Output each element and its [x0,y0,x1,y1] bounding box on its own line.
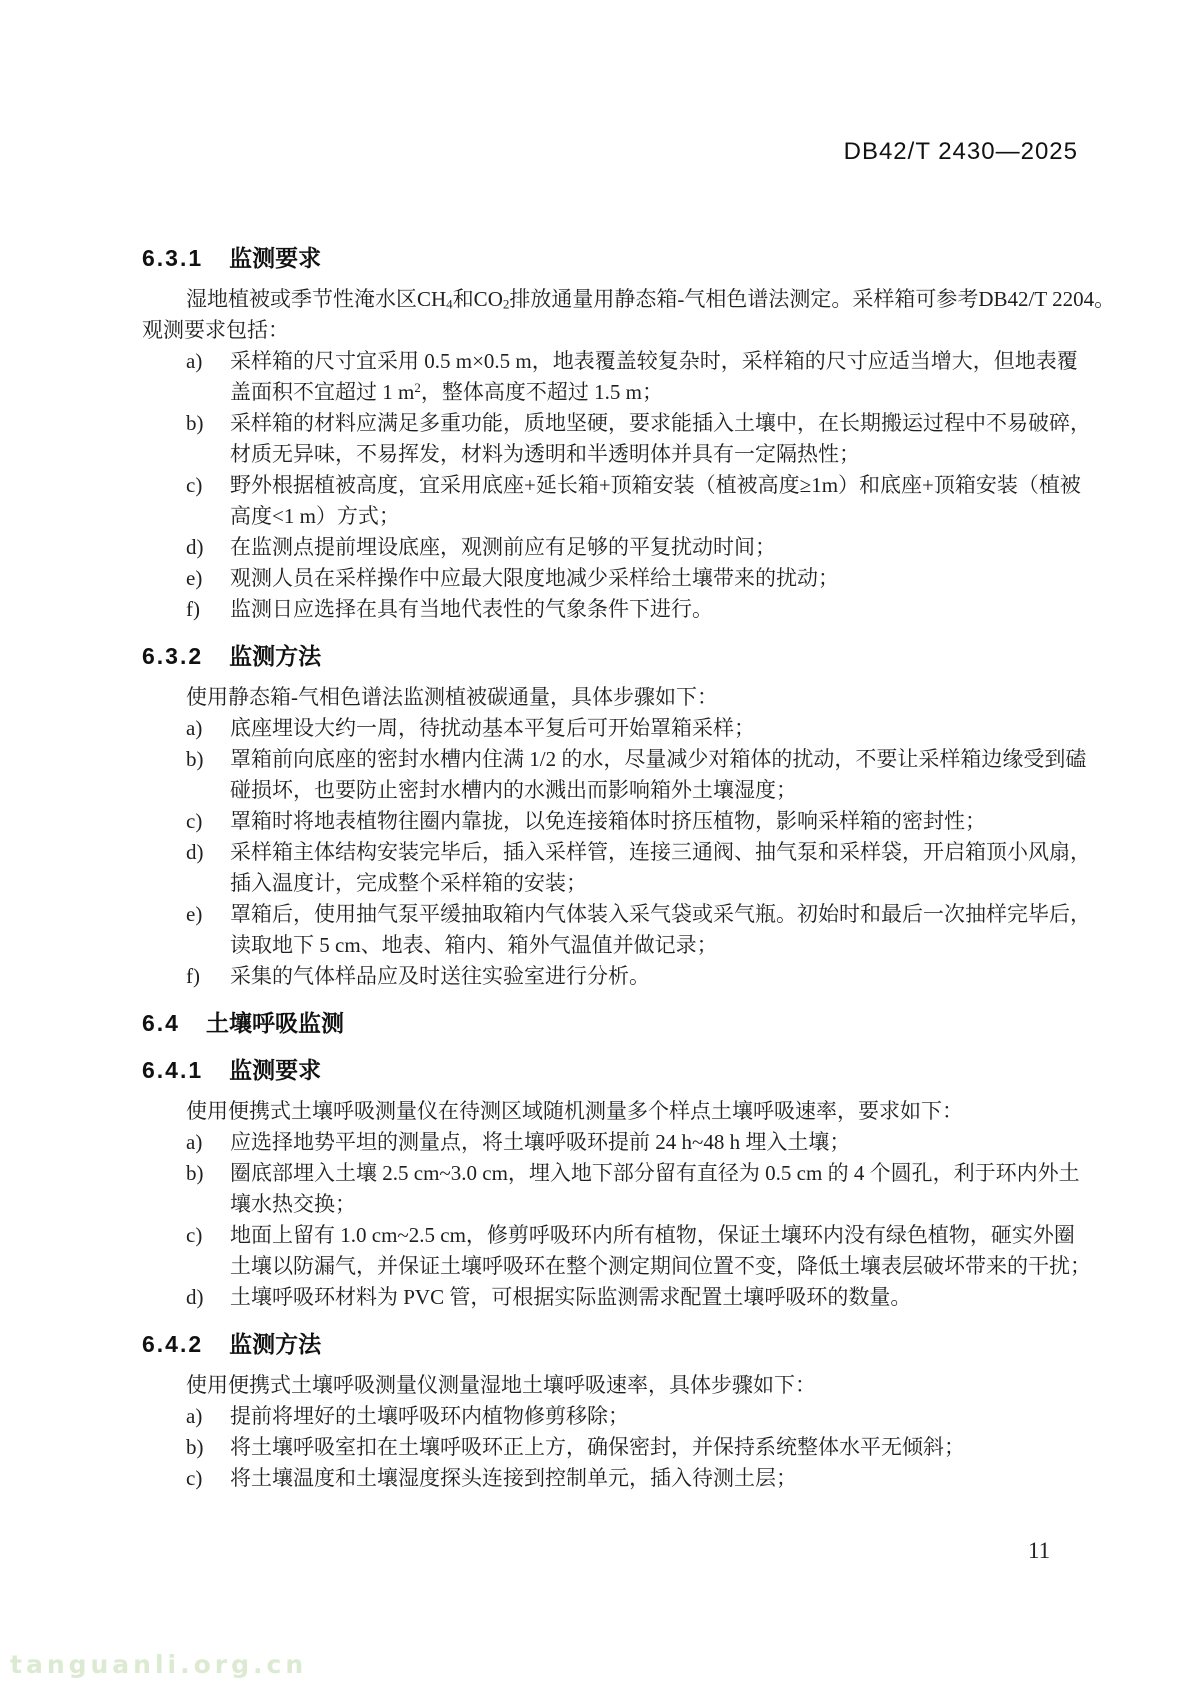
item-text: 应选择地势平坦的测量点，将土壤呼吸环提前 24 h~48 h 埋入土壤； [230,1130,850,1154]
intro-line-1: 湿地植被或季节性淹水区CH4和CO2排放通量用静态箱-气相色谱法测定。采样箱可参… [186,287,1115,311]
item-text: 监测日应选择在具有当地代表性的气象条件下进行。 [230,597,713,621]
item-label: c) [186,470,202,501]
section-heading-6-4-2: 6.4.2监测方法 [142,1329,1092,1360]
list-item-c: c) 地面上留有 1.0 cm~2.5 cm，修剪呼吸环内所有植物，保证土壤环内… [142,1220,1092,1282]
list-6-4-2: a) 提前将埋好的土壤呼吸环内植物修剪移除； b) 将土壤呼吸室扣在土壤呼吸环正… [142,1401,1092,1494]
document-number-header: DB42/T 2430—2025 [844,138,1078,166]
item-text: 观测人员在采样操作中应最大限度地减少采样给土壤带来的扰动； [230,566,839,590]
text-run: 排放通量用静态箱-气相色谱法测定。采样箱可参考DB42/T 2204。 [509,287,1115,311]
item-label: b) [186,1158,204,1189]
section-number: 6.3.1 [142,245,203,271]
item-text: 地面上留有 1.0 cm~2.5 cm，修剪呼吸环内所有植物，保证土壤环内没有绿… [230,1223,1091,1278]
item-text: 底座埋设大约一周，待扰动基本平复后可开始罩箱采样； [230,716,755,740]
item-label: e) [186,899,202,930]
item-text: 土壤呼吸环材料为 PVC 管，可根据实际监测需求配置土壤呼吸环的数量。 [230,1285,911,1309]
list-item-c: c) 罩箱时将地表植物往圈内靠拢，以免连接箱体时挤压植物，影响采样箱的密封性； [142,806,1092,837]
item-label: d) [186,532,204,563]
item-label: c) [186,1220,202,1251]
item-text: 提前将埋好的土壤呼吸环内植物修剪移除； [230,1404,629,1428]
item-text: 圈底部埋入土壤 2.5 cm~3.0 cm，埋入地下部分留有直径为 0.5 cm… [230,1161,1080,1216]
item-text: 采样箱主体结构安装完毕后，插入采样管，连接三通阀、抽气泵和采样袋，开启箱顶小风扇… [230,840,1091,895]
item-text: 野外根据植被高度，宜采用底座+延长箱+顶箱安装（植被高度≥1m）和底座+顶箱安装… [230,473,1081,528]
list-item-d: d) 在监测点提前埋设底座，观测前应有足够的平复扰动时间； [142,532,1092,563]
section-number: 6.4.2 [142,1331,203,1357]
item-label: d) [186,1282,204,1313]
item-text: 在监测点提前埋设底座，观测前应有足够的平复扰动时间； [230,535,776,559]
item-label: b) [186,408,204,439]
section-title: 监测要求 [229,245,321,271]
text-run: 和CO [453,287,503,311]
watermark-text: tanguanli.org.cn [10,1650,307,1679]
text-run: 湿地植被或季节性淹水区CH [186,287,446,311]
intro-line-2: 观测要求包括： [142,318,289,342]
item-text: 采样箱的材料应满足多重功能，质地坚硬，要求能插入土壤中，在长期搬运过程中不易破碎… [230,411,1091,466]
item-label: a) [186,1401,202,1432]
intro-paragraph-6-3-2: 使用静态箱-气相色谱法监测植被碳通量，具体步骤如下： [142,682,1092,713]
item-text: 罩箱后，使用抽气泵平缓抽取箱内气体装入采气袋或采气瓶。初始时和最后一次抽样完毕后… [230,902,1091,957]
item-text: 将土壤温度和土壤湿度探头连接到控制单元，插入待测土层； [230,1466,797,1490]
item-label: d) [186,837,204,868]
item-label: c) [186,806,202,837]
item-label: c) [186,1463,202,1494]
item-label: e) [186,563,202,594]
list-item-d: d) 土壤呼吸环材料为 PVC 管，可根据实际监测需求配置土壤呼吸环的数量。 [142,1282,1092,1313]
intro-paragraph-6-3-1: 湿地植被或季节性淹水区CH4和CO2排放通量用静态箱-气相色谱法测定。采样箱可参… [142,284,1092,346]
item-label: a) [186,713,202,744]
section-title: 监测要求 [229,1057,321,1083]
list-item-a: a) 采样箱的尺寸宜采用 0.5 m×0.5 m，地表覆盖较复杂时，采样箱的尺寸… [142,346,1092,408]
item-label: f) [186,961,200,992]
list-item-e: e) 观测人员在采样操作中应最大限度地减少采样给土壤带来的扰动； [142,563,1092,594]
section-title: 监测方法 [229,643,321,669]
text-run: ，整体高度不超过 1.5 m； [421,380,663,404]
section-heading-6-4: 6.4土壤呼吸监测 [142,1008,1092,1039]
list-item-e: e) 罩箱后，使用抽气泵平缓抽取箱内气体装入采气袋或采气瓶。初始时和最后一次抽样… [142,899,1092,961]
item-text: 罩箱时将地表植物往圈内靠拢，以免连接箱体时挤压植物，影响采样箱的密封性； [230,809,986,833]
list-item-a: a) 提前将埋好的土壤呼吸环内植物修剪移除； [142,1401,1092,1432]
section-heading-6-3-2: 6.3.2监测方法 [142,641,1092,672]
item-label: b) [186,744,204,775]
item-text: 罩箱前向底座的密封水槽内住满 1/2 的水，尽量减少对箱体的扰动，不要让采样箱边… [230,747,1086,802]
intro-paragraph-6-4-2: 使用便携式土壤呼吸测量仪测量湿地土壤呼吸速率，具体步骤如下： [142,1370,1092,1401]
list-item-a: a) 底座埋设大约一周，待扰动基本平复后可开始罩箱采样； [142,713,1092,744]
intro-paragraph-6-4-1: 使用便携式土壤呼吸测量仪在待测区域随机测量多个样点土壤呼吸速率，要求如下： [142,1096,1092,1127]
list-item-c: c) 将土壤温度和土壤湿度探头连接到控制单元，插入待测土层； [142,1463,1092,1494]
list-item-f: f) 监测日应选择在具有当地代表性的气象条件下进行。 [142,594,1092,625]
list-item-a: a) 应选择地势平坦的测量点，将土壤呼吸环提前 24 h~48 h 埋入土壤； [142,1127,1092,1158]
section-heading-6-3-1: 6.3.1监测要求 [142,243,1092,274]
item-label: a) [186,1127,202,1158]
section-number: 6.4 [142,1010,180,1036]
list-item-c: c) 野外根据植被高度，宜采用底座+延长箱+顶箱安装（植被高度≥1m）和底座+顶… [142,470,1092,532]
item-label: f) [186,594,200,625]
list-6-3-1: a) 采样箱的尺寸宜采用 0.5 m×0.5 m，地表覆盖较复杂时，采样箱的尺寸… [142,346,1092,625]
list-item-b: b) 采样箱的材料应满足多重功能，质地坚硬，要求能插入土壤中，在长期搬运过程中不… [142,408,1092,470]
page-content: 6.3.1监测要求 湿地植被或季节性淹水区CH4和CO2排放通量用静态箱-气相色… [142,243,1092,1494]
section-number: 6.4.1 [142,1057,203,1083]
list-item-b: b) 将土壤呼吸室扣在土壤呼吸环正上方，确保密封，并保持系统整体水平无倾斜； [142,1432,1092,1463]
section-heading-6-4-1: 6.4.1监测要求 [142,1055,1092,1086]
list-item-b: b) 罩箱前向底座的密封水槽内住满 1/2 的水，尽量减少对箱体的扰动，不要让采… [142,744,1092,806]
item-label: b) [186,1432,204,1463]
list-item-d: d) 采样箱主体结构安装完毕后，插入采样管，连接三通阀、抽气泵和采样袋，开启箱顶… [142,837,1092,899]
item-text: 采样箱的尺寸宜采用 0.5 m×0.5 m，地表覆盖较复杂时，采样箱的尺寸应适当… [230,349,1078,404]
section-title: 土壤呼吸监测 [206,1010,344,1036]
item-text: 采集的气体样品应及时送往实验室进行分析。 [230,964,650,988]
list-6-3-2: a) 底座埋设大约一周，待扰动基本平复后可开始罩箱采样； b) 罩箱前向底座的密… [142,713,1092,992]
item-text: 将土壤呼吸室扣在土壤呼吸环正上方，确保密封，并保持系统整体水平无倾斜； [230,1435,965,1459]
page-number: 11 [1028,1538,1050,1564]
list-item-b: b) 圈底部埋入土壤 2.5 cm~3.0 cm，埋入地下部分留有直径为 0.5… [142,1158,1092,1220]
list-item-f: f) 采集的气体样品应及时送往实验室进行分析。 [142,961,1092,992]
item-label: a) [186,346,202,377]
list-6-4-1: a) 应选择地势平坦的测量点，将土壤呼吸环提前 24 h~48 h 埋入土壤； … [142,1127,1092,1313]
document-page: DB42/T 2430—2025 6.3.1监测要求 湿地植被或季节性淹水区CH… [0,0,1190,1683]
section-number: 6.3.2 [142,643,203,669]
section-title: 监测方法 [229,1331,321,1357]
